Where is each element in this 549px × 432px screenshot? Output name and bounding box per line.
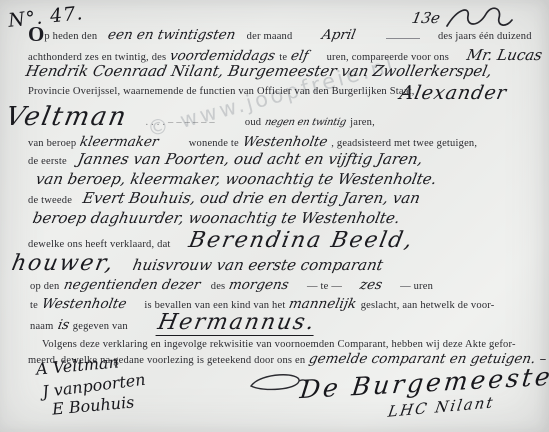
printed-text: gegeven van	[73, 321, 128, 332]
handwritten-mother-name-2: houwer,	[10, 251, 117, 276]
printed-text: dewelke ons heeft verklaard, dat	[28, 239, 171, 250]
filler-dots: . . . . – – – – – –	[145, 117, 214, 128]
printed-text: des jaars één duizend	[438, 31, 532, 42]
witness-2-line: de tweede Evert Bouhuis, oud drie en der…	[28, 189, 420, 208]
form-line-opening-1: Op heden den een en twintigsten der maan…	[28, 26, 532, 44]
scanned-birth-certificate: N°. 47. 13e © www.joopfreie.nl Op heden …	[0, 0, 549, 432]
birth-time-line: op den negentienden dezer des morgens — …	[30, 276, 433, 294]
handwritten-day: een en twintigsten	[107, 27, 237, 43]
printed-text: Volgens deze verklaring en ingevolge rek…	[42, 339, 516, 350]
printed-text: van beroep	[28, 138, 76, 149]
corner-note-text: 13e	[410, 9, 441, 27]
child-name-line: naam is gegeven van Hermannus.	[30, 310, 315, 336]
printed-text: wonende te	[189, 138, 239, 149]
printed-text: , geadsisteerd met twee getuigen,	[331, 138, 477, 149]
printed-text: des	[211, 281, 226, 292]
handwritten-witness-2: Evert Bouhuis, oud drie en dertig Jaren,…	[81, 189, 422, 207]
form-line-province: Provincie Overijssel, waarnemende de fun…	[28, 81, 415, 99]
blank-rule	[386, 29, 420, 39]
handwritten-witness-2-details: beroep daghuurder, woonachtig te Westenh…	[31, 209, 401, 227]
printed-text: Provincie Overijssel, waarnemende de fun…	[28, 86, 415, 97]
handwritten-birth-hour: zes	[358, 277, 383, 293]
witness-2-line-2: beroep daghuurder, woonachtig te Westenh…	[33, 209, 400, 228]
printed-text: der maand	[247, 31, 293, 42]
handwritten-birth-day: negentienden dezer	[62, 277, 201, 293]
form-line-official-name: Hendrik Coenraad Nilant, Burgemeester va…	[26, 62, 492, 81]
handwritten-birth-daypart: morgens	[228, 277, 291, 293]
declarant-surname-line: Veltman . . . . – – – – – – oud negen en…	[6, 102, 375, 132]
printed-text: oud	[245, 117, 261, 128]
handwritten-mother-name: Berendina Beeld,	[186, 228, 415, 253]
handwritten-witness-1-details: van beroep, kleermaker, woonachtig te We…	[34, 170, 438, 188]
printed-text: — te —	[307, 281, 342, 292]
handwritten-is: is	[56, 317, 70, 333]
witness-1-line-2: van beroep, kleermaker, woonachtig te We…	[36, 170, 436, 189]
handwritten-official-name: Hendrik Coenraad Nilant, Burgemeester va…	[24, 62, 493, 80]
printed-text: — uren	[400, 281, 433, 292]
declarant-firstname-line: Alexander	[400, 82, 507, 104]
printed-text: geslacht, aan hetwelk de voor-	[361, 300, 495, 311]
handwritten-month: April	[321, 27, 358, 43]
printed-text: op den	[30, 281, 60, 292]
declaration-line: dewelke ons heeft verklaard, dat Berendi…	[28, 228, 413, 253]
declarant-occupation-line: van beroep kleermaker wonende te Westenh…	[28, 133, 477, 151]
handwritten-child-name: Hermannus.	[155, 310, 318, 336]
dropcap-initial: O	[28, 22, 44, 46]
handwritten-mother-description: huisvrouw van eerste comparant	[131, 256, 384, 274]
handwritten-witness-1: Jannes van Poorten, oud acht en vijftig …	[76, 150, 424, 168]
mother-line-2: houwer, huisvrouw van eerste comparant	[12, 251, 382, 276]
printed-text: naam	[30, 321, 54, 332]
witness-1-line: de eerste Jannes van Poorten, oud acht e…	[28, 150, 422, 169]
printed-text: p heden den	[44, 31, 97, 42]
handwritten-declarant-surname: Veltman	[3, 102, 130, 132]
handwritten-residence: Westenholte	[241, 134, 328, 150]
handwritten-occupation: kleermaker	[79, 134, 161, 150]
handwritten-declarant-firstname: Alexander	[398, 82, 509, 104]
printed-text: de eerste	[28, 156, 67, 167]
printed-text: jaren,	[350, 117, 375, 128]
printed-text: de tweede	[28, 195, 72, 206]
handwritten-declarant-age: negen en twintig	[264, 117, 347, 128]
